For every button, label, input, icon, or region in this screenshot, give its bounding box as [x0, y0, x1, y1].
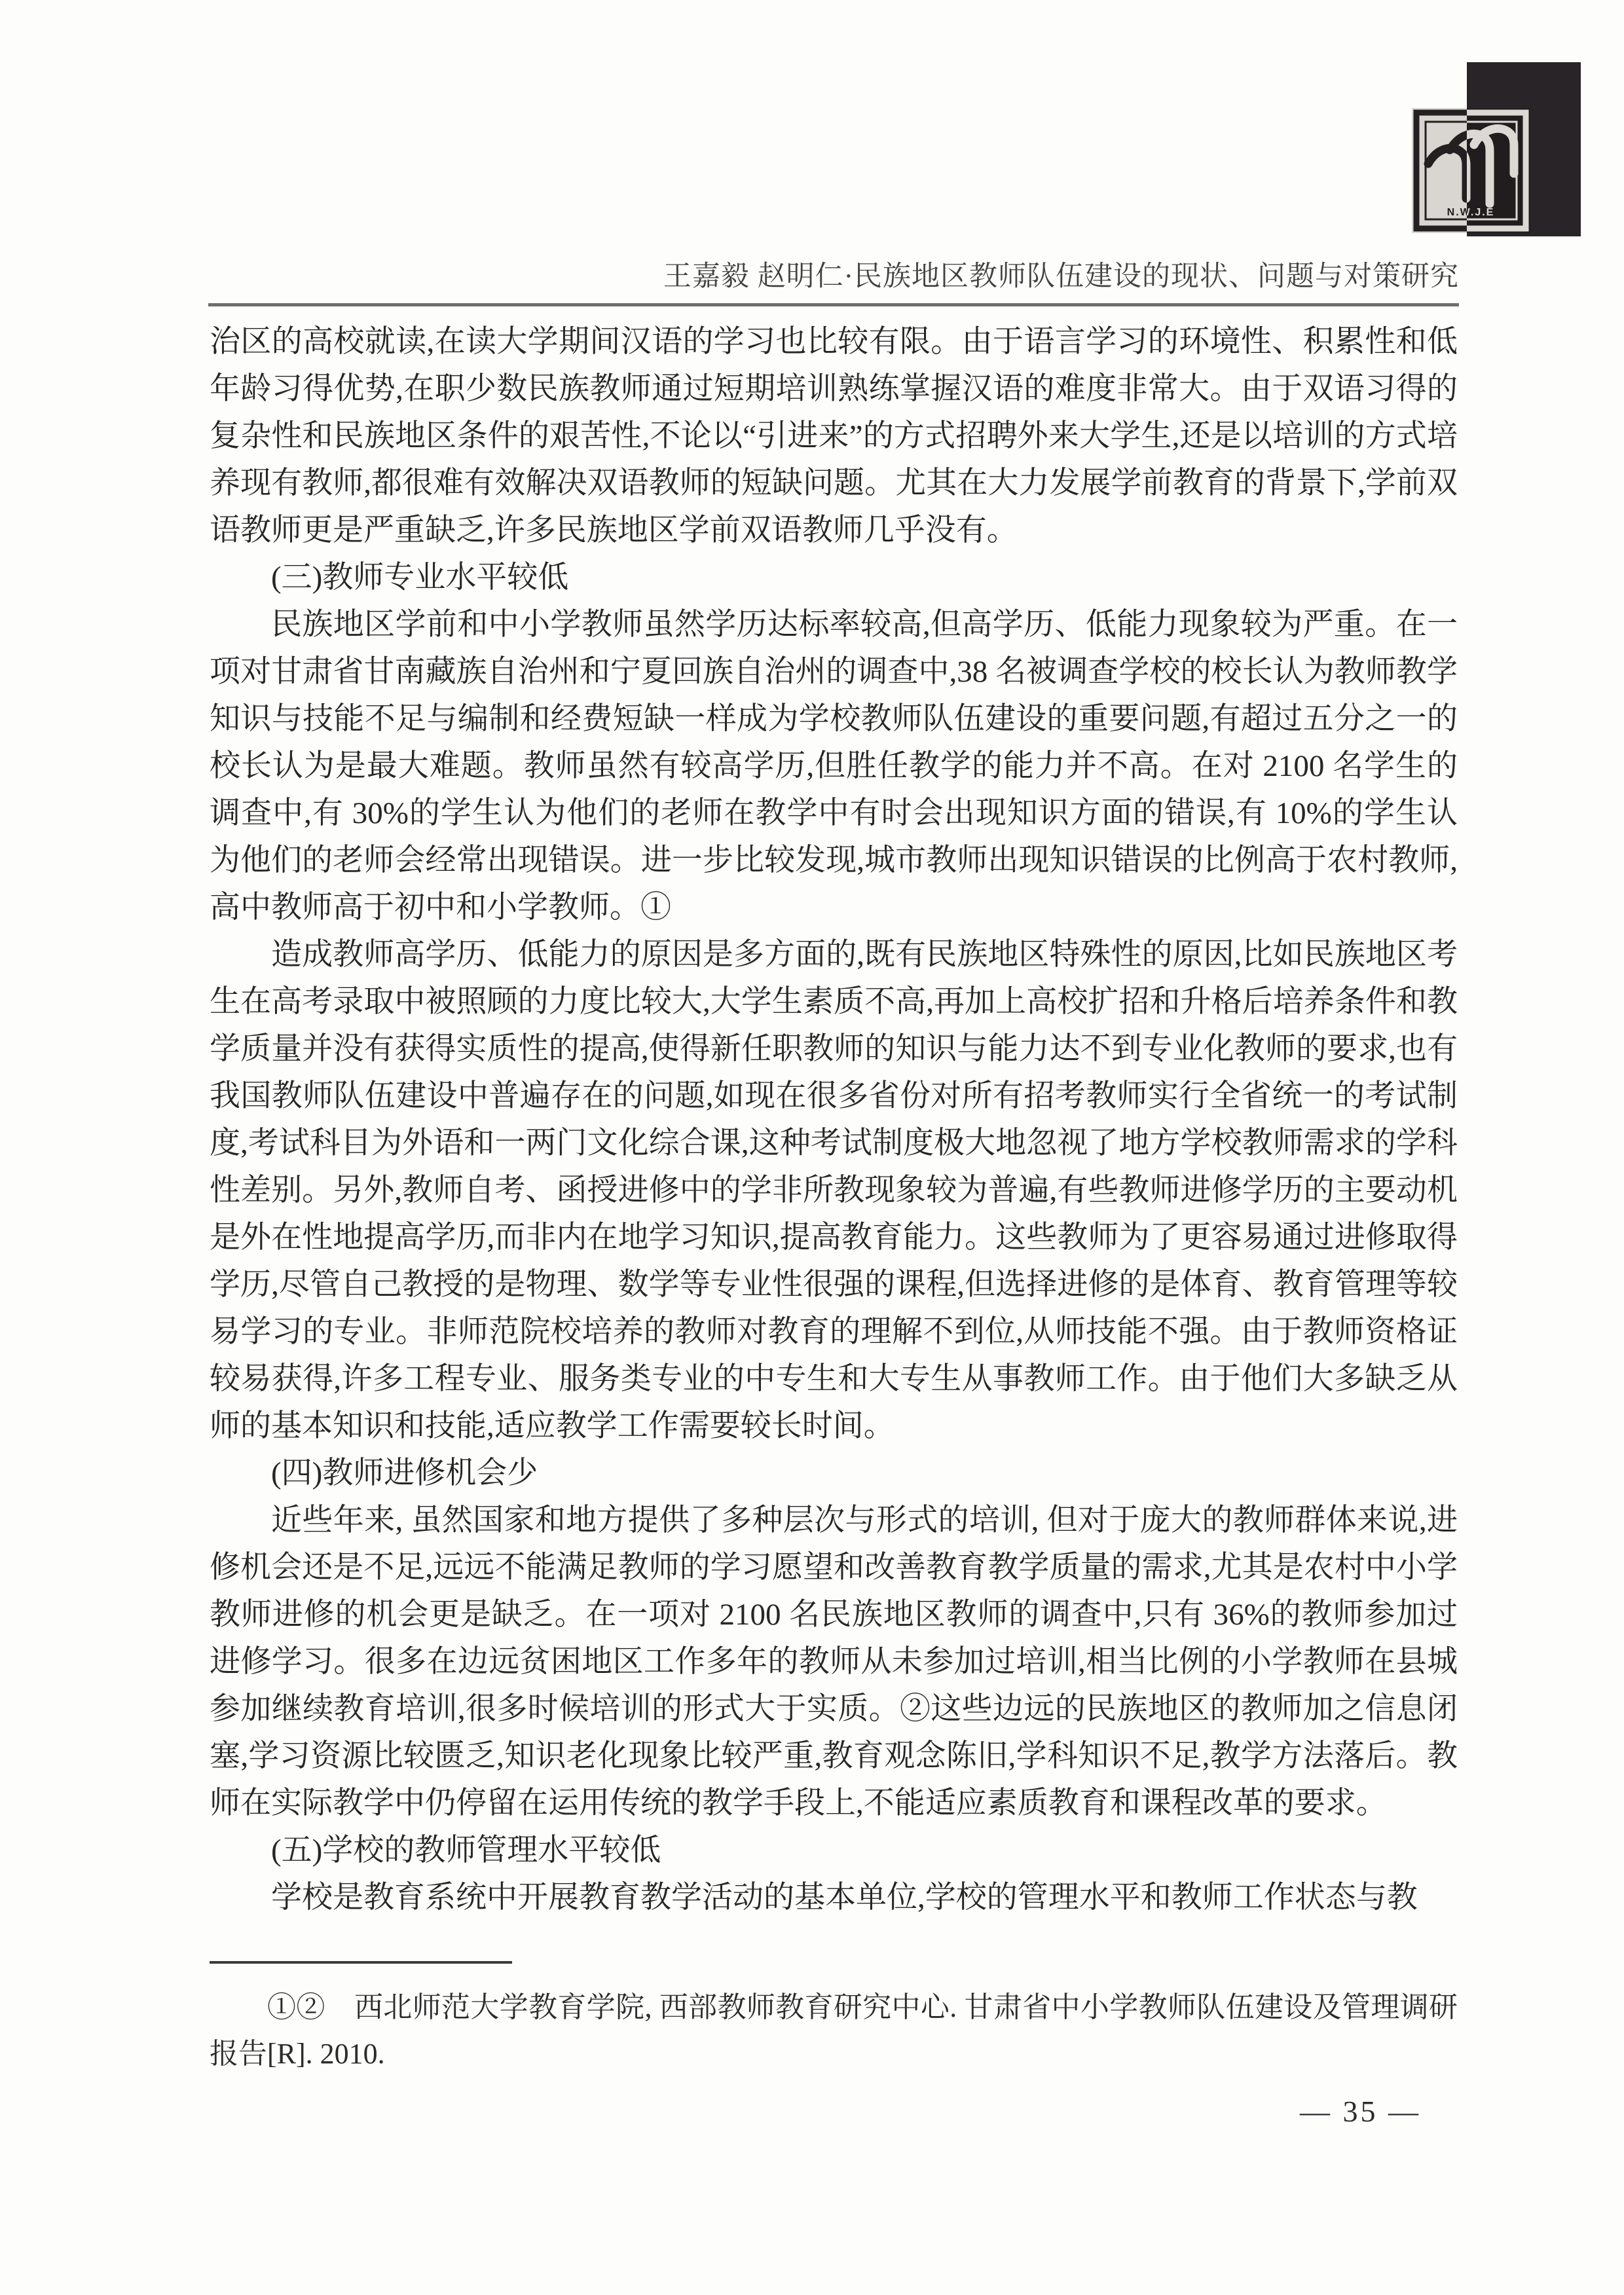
- nwje-emblem-icon: N.W.J.E N.W.J.E: [1412, 108, 1530, 233]
- body-paragraph: 近些年来, 虽然国家和地方提供了多种层次与形式的培训, 但对于庞大的教师群体来说…: [210, 1497, 1458, 1827]
- header-rule: [208, 303, 1459, 306]
- section-heading-5: (五)学校的教师管理水平较低: [210, 1827, 1458, 1874]
- body-paragraph-last: 学校是教育系统中开展教育教学活动的基本单位,学校的管理水平和教师工作状态与教: [210, 1874, 1458, 1921]
- footnote-rule: [210, 1961, 512, 1964]
- section-heading-3: (三)教师专业水平较低: [210, 554, 1458, 601]
- scanned-journal-page: N.W.J.E N.W.J.E 王嘉毅 赵明仁·民族地区教师队伍建设的现状、问题…: [0, 0, 1624, 2295]
- section-heading-4: (四)教师进修机会少: [210, 1450, 1458, 1497]
- running-header-byline: 王嘉毅 赵明仁·民族地区教师队伍建设的现状、问题与对策研究: [210, 261, 1459, 293]
- body-paragraph: 民族地区学前和中小学教师虽然学历达标率较高,但高学历、低能力现象较为严重。在一项…: [210, 601, 1458, 931]
- page-number: — 35 —: [1300, 2094, 1421, 2129]
- body-paragraph-continuation: 治区的高校就读,在读大学期间汉语的学习也比较有限。由于语言学习的环境性、积累性和…: [210, 318, 1458, 554]
- article-body: 治区的高校就读,在读大学期间汉语的学习也比较有限。由于语言学习的环境性、积累性和…: [210, 318, 1458, 1921]
- body-paragraph: 造成教师高学历、低能力的原因是多方面的,既有民族地区特殊性的原因,比如民族地区考…: [210, 931, 1458, 1450]
- footnote-text: ①② 西北师范大学教育学院, 西部教师教育研究中心. 甘肃省中小学教师队伍建设及…: [210, 1984, 1458, 2077]
